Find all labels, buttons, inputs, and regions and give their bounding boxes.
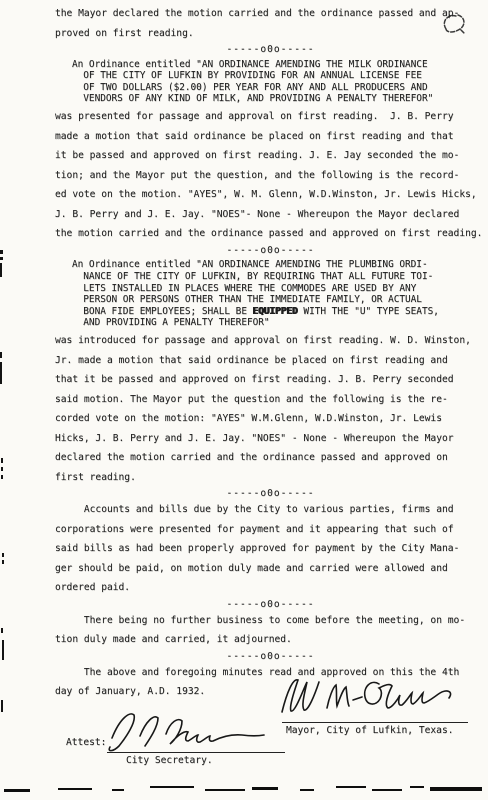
scan-artifact-edge xyxy=(0,250,3,254)
section-divider: -----o0o----- xyxy=(55,43,486,56)
scan-artifact-edge xyxy=(0,263,2,277)
mayor-title-label: Mayor, City of Lufkin, Texas. xyxy=(286,725,454,736)
text-line: the Mayor declared the motion carried an… xyxy=(55,4,486,24)
scan-artifact-bottom xyxy=(372,789,402,791)
ordinance-caption: An Ordinance entitled "AN ORDINANCE AMEN… xyxy=(72,59,486,105)
scan-artifact-bottom xyxy=(4,789,30,792)
text-line: tion; and the Mayor put the question, an… xyxy=(55,166,486,186)
scan-artifact-bottom xyxy=(205,789,245,791)
paragraph: was presented for passage and approval o… xyxy=(55,107,486,244)
mayor-signature xyxy=(278,670,470,724)
scan-artifact-edge xyxy=(1,475,3,479)
text-line: the motion carried and the ordinance pas… xyxy=(55,224,486,244)
text-line: was introduced for passage and approval … xyxy=(55,331,486,351)
section-divider: -----o0o----- xyxy=(55,650,486,663)
scan-artifact-edge xyxy=(1,700,3,712)
text-line: J. B. Perry and J. E. Jay. "NOES"- None … xyxy=(55,205,486,225)
text-line: AND PROVIDING A PENALTY THEREFOR" xyxy=(72,317,486,329)
scan-artifact-bottom xyxy=(150,786,194,788)
scan-artifact-edge xyxy=(1,628,3,633)
text-line: LETS INSTALLED IN PLACES WHERE THE COMMO… xyxy=(72,283,486,295)
text-line: ger should be paid, on motion duly made … xyxy=(55,559,486,579)
text-line: said motion. The Mayor put the question … xyxy=(55,390,486,410)
text-line: it be passed and approved on first readi… xyxy=(55,146,486,166)
scan-artifact-edge xyxy=(0,352,2,358)
text-line: corded vote on the motion: "AYES" W.M.Gl… xyxy=(55,409,486,429)
document-page: the Mayor declared the motion carried an… xyxy=(0,0,488,800)
text-line: proved on first reading. xyxy=(55,24,486,44)
secretary-signature-line xyxy=(107,752,285,753)
scan-artifact-edge xyxy=(2,553,4,557)
text-line: was presented for passage and approval o… xyxy=(55,107,486,127)
text-line: that it be passed and approved on first … xyxy=(55,370,486,390)
text-line: said bills as had been properly approved… xyxy=(55,539,486,559)
text-line: Accounts and bills due by the City to va… xyxy=(55,500,486,520)
text-line: corporations were presented for payment … xyxy=(55,520,486,540)
text-line: OF THE CITY OF LUFKIN BY PROVIDING FOR A… xyxy=(72,70,486,82)
scan-artifact-bottom xyxy=(430,787,482,791)
secretary-title-label: City Secretary. xyxy=(126,755,213,766)
text-line: ed vote on the motion. "AYES", W. M. Gle… xyxy=(55,185,486,205)
text-line: PERSON OR PERSONS OTHER THAN THE IMMEDIA… xyxy=(72,294,486,306)
section-divider: -----o0o----- xyxy=(55,244,486,257)
text-line: OF TWO DOLLARS ($2.00) PER YEAR FOR ANY … xyxy=(72,82,486,94)
paragraph: was introduced for passage and approval … xyxy=(55,331,486,487)
paragraph: Accounts and bills due by the City to va… xyxy=(55,500,486,598)
document-body: the Mayor declared the motion carried an… xyxy=(55,4,486,702)
text-line: made a motion that said ordinance be pla… xyxy=(55,127,486,147)
paragraph: There being no further business to come … xyxy=(55,611,486,650)
text-line: BONA FIDE EMPLOYEES; SHALL BE EQUIPPED W… xyxy=(72,306,486,318)
attest-label: Attest: xyxy=(66,737,106,748)
scan-artifact-edge xyxy=(2,560,4,564)
secretary-signature xyxy=(102,706,290,758)
text-line: An Ordinance entitled "AN ORDINANCE AMEN… xyxy=(72,59,486,71)
text-line: VENDORS OF ANY KIND OF MILK, AND PROVIDI… xyxy=(72,93,486,105)
scan-artifact-edge xyxy=(0,257,3,260)
scan-artifact-bottom xyxy=(410,786,424,788)
text-line: There being no further business to come … xyxy=(55,611,486,631)
section-divider: -----o0o----- xyxy=(55,598,486,611)
scan-artifact-edge xyxy=(0,362,2,384)
scan-artifact-bottom xyxy=(58,788,92,790)
scan-artifact-edge xyxy=(1,458,3,463)
text-line: ordered paid. xyxy=(55,578,486,598)
text-line: An Ordinance entitled "AN ORDINANCE AMEN… xyxy=(72,259,486,271)
ordinance-caption: An Ordinance entitled "AN ORDINANCE AMEN… xyxy=(72,259,486,329)
text-line: declared the motion carried and the ordi… xyxy=(55,448,486,468)
text-line: Hicks, J. B. Perry and J. E. Jay. "NOES"… xyxy=(55,429,486,449)
scan-artifact-bottom xyxy=(112,789,124,791)
scan-artifact-bottom xyxy=(300,789,314,791)
scan-artifact-bottom xyxy=(336,786,366,788)
scan-artifact-edge xyxy=(2,640,4,660)
text-line: tion duly made and carried, it adjourned… xyxy=(55,630,486,650)
section-divider: -----o0o----- xyxy=(55,487,486,500)
text-line: Jr. made a motion that said ordinance be… xyxy=(55,351,486,371)
mayor-signature-line xyxy=(282,722,468,723)
scan-artifact-edge xyxy=(1,467,3,471)
text-line: NANCE OF THE CITY OF LUFKIN, BY REQUIRIN… xyxy=(72,271,486,283)
scan-artifact-bottom xyxy=(252,787,278,790)
text-line: first reading. xyxy=(55,468,486,488)
paragraph: the Mayor declared the motion carried an… xyxy=(55,4,486,43)
